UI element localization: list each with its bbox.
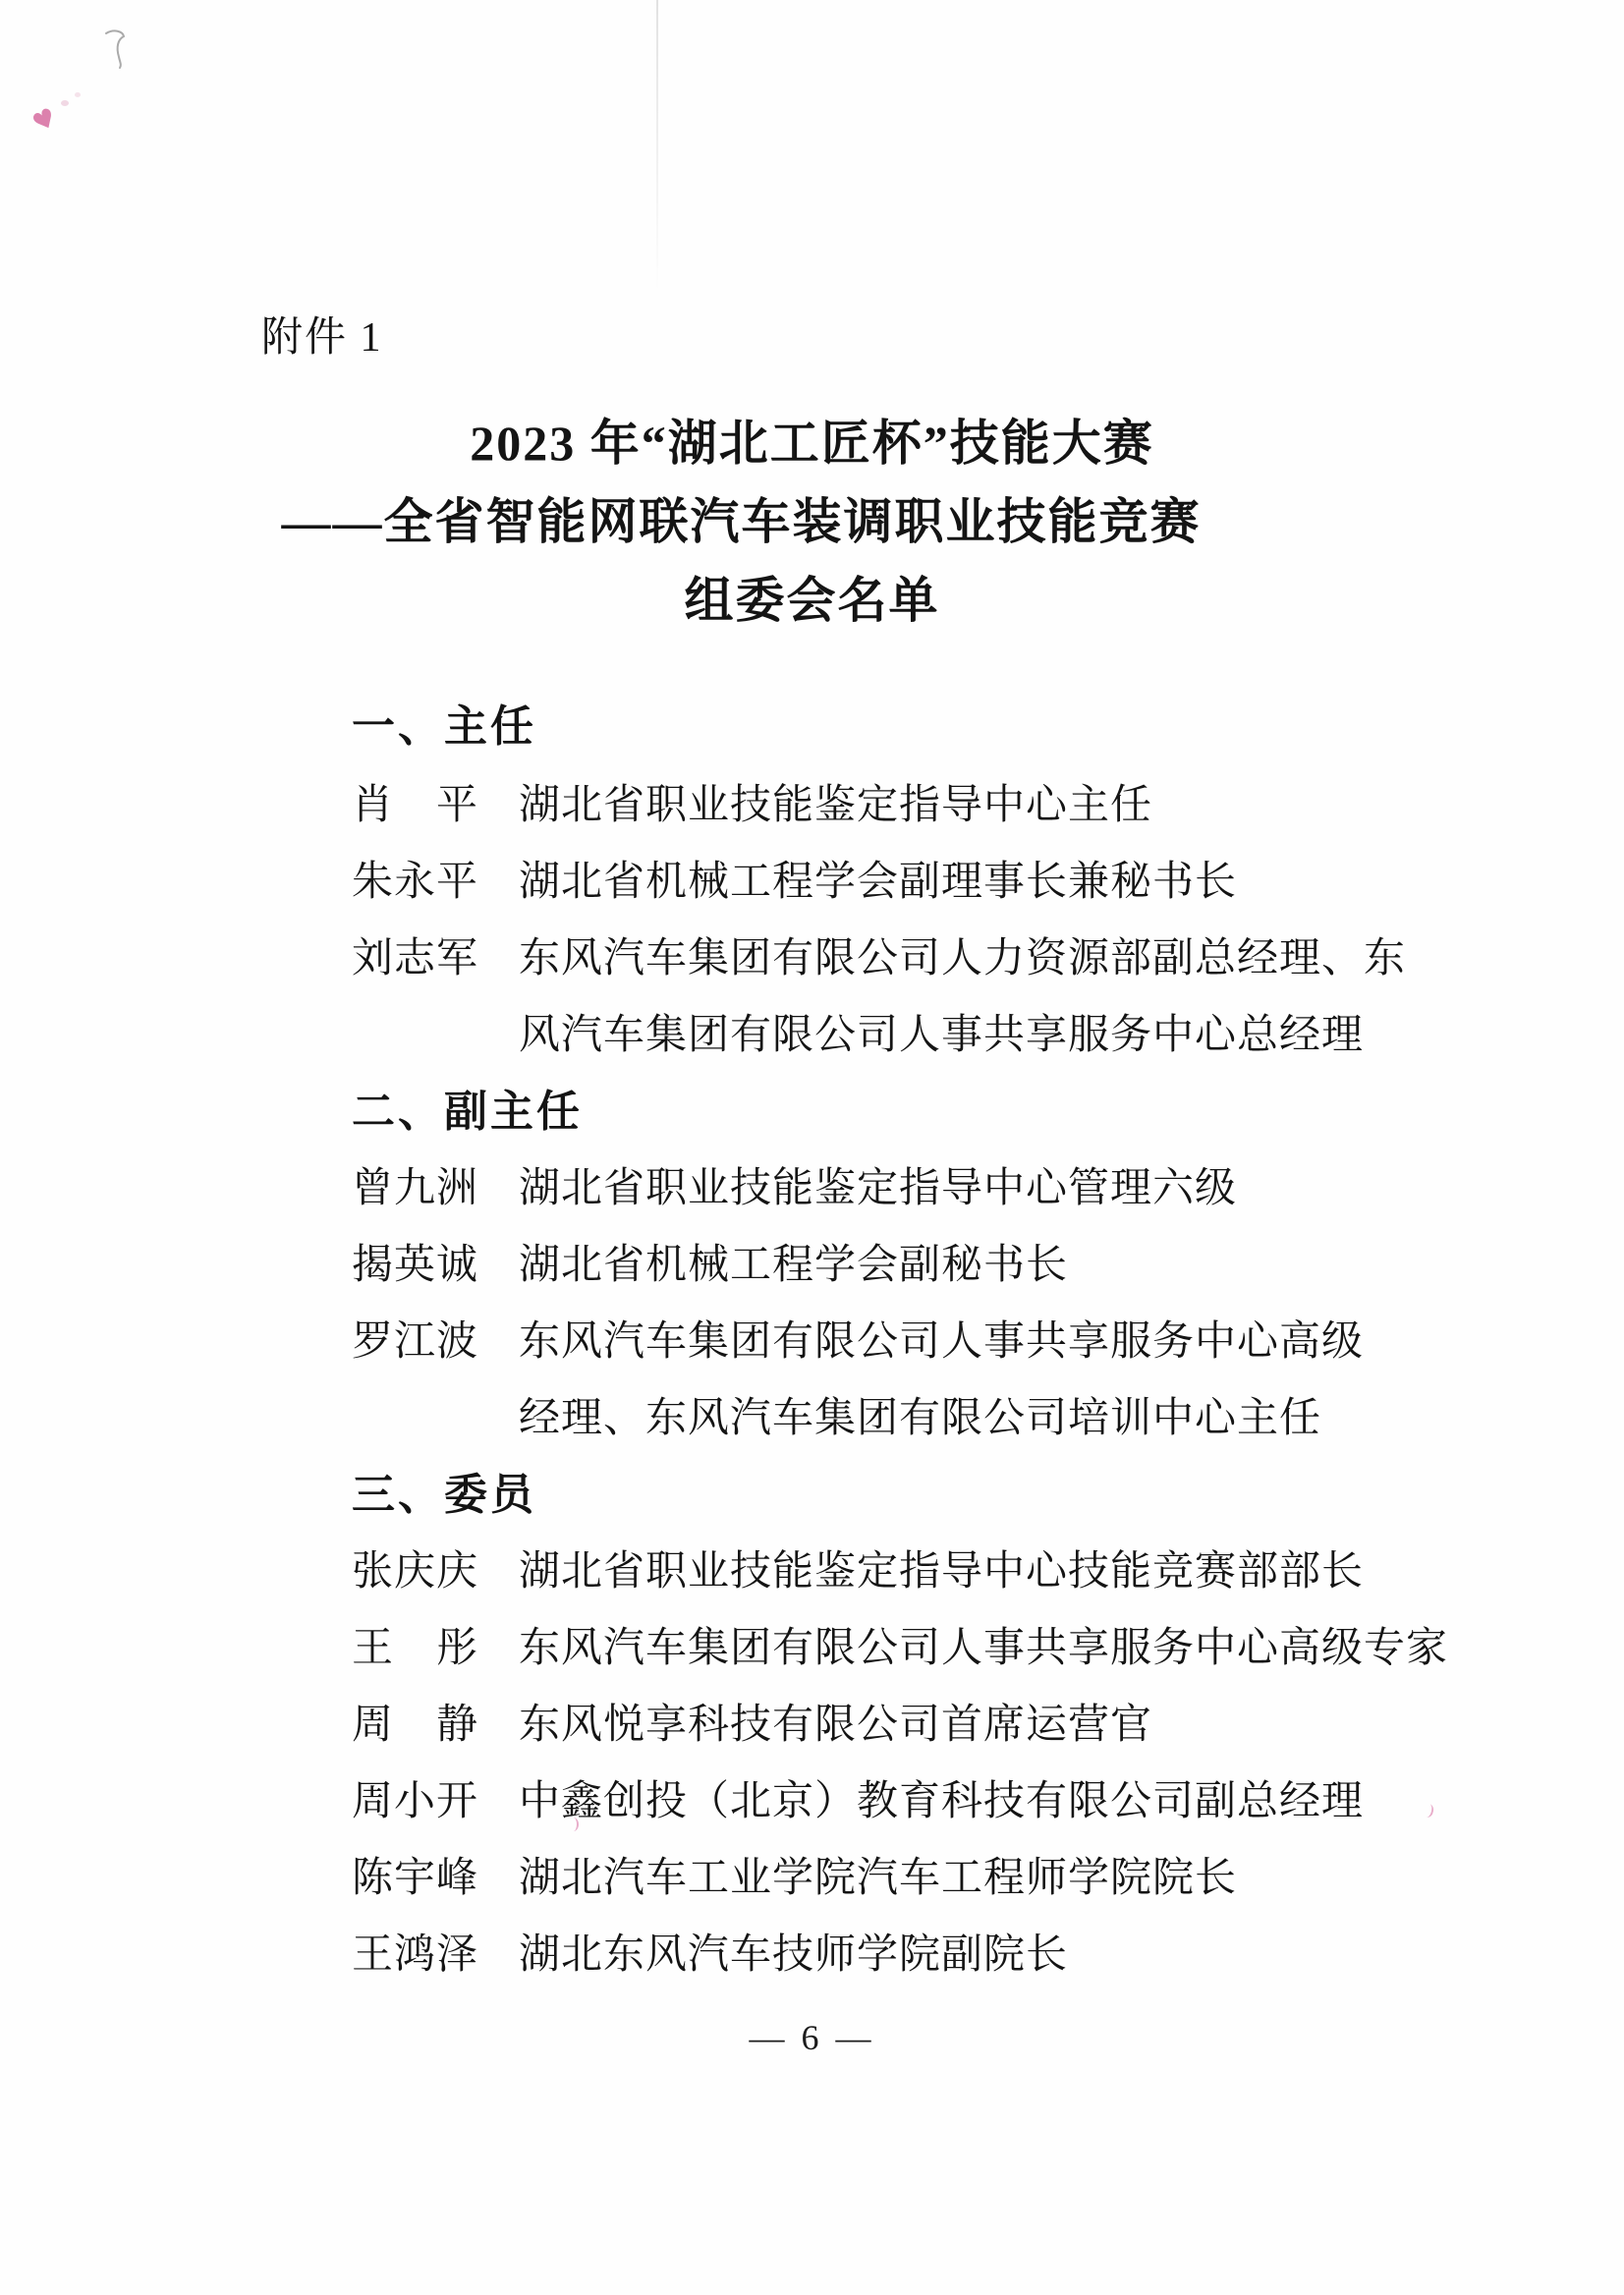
document-title-line-3: 组委会名单 [0,570,1624,631]
member-title: 东风汽车集团有限公司人事共享服务中心高级专家 [519,1622,1448,1675]
scan-artifact-speck [61,100,69,106]
committee-member-row: 王 彤 东风汽车集团有限公司人事共享服务中心高级专家 [352,1622,1448,1675]
page-number: — 6 — [0,2016,1624,2059]
attachment-label: 附件 1 [261,310,383,365]
section-heading-deputy-directors: 二、副主任 [352,1086,583,1139]
scan-artifact-heart: ♥ [28,102,62,139]
member-title: 湖北省机械工程学会副理事长兼秘书长 [519,856,1237,909]
committee-member-row: 陈宇峰 湖北汽车工业学院汽车工程师学院院长 [352,1852,1237,1905]
member-title: 湖北省职业技能鉴定指导中心技能竞赛部部长 [519,1545,1364,1598]
member-name: 曾九洲 [352,1162,519,1215]
member-title-continuation: 经理、东风汽车集团有限公司培训中心主任 [519,1392,1321,1445]
committee-member-row: 刘志军 东风汽车集团有限公司人力资源部副总经理、东 [352,932,1406,985]
scan-artifact-speck [1421,1803,1434,1819]
committee-member-row: 罗江波 东风汽车集团有限公司人事共享服务中心高级 [352,1315,1364,1369]
member-name: 揭英诚 [352,1239,519,1292]
member-name: 陈宇峰 [352,1852,519,1905]
committee-member-row: 周 静 东风悦享科技有限公司首席运营官 [352,1699,1152,1752]
member-name: 周小开 [352,1775,519,1828]
committee-member-row: 周小开 中鑫创投（北京）教育科技有限公司副总经理 [352,1775,1364,1828]
member-name: 王 彤 [352,1622,519,1675]
member-title: 湖北东风汽车技师学院副院长 [519,1929,1068,1982]
member-title: 东风悦享科技有限公司首席运营官 [519,1699,1152,1752]
member-title: 湖北汽车工业学院汽车工程师学院院长 [519,1852,1237,1905]
member-title: 中鑫创投（北京）教育科技有限公司副总经理 [519,1775,1364,1828]
committee-member-row: 揭英诚 湖北省机械工程学会副秘书长 [352,1239,1068,1292]
member-name: 王鸿泽 [352,1929,519,1982]
member-name: 朱永平 [352,856,519,909]
member-title-continuation: 风汽车集团有限公司人事共享服务中心总经理 [519,1009,1364,1062]
member-title: 东风汽车集团有限公司人事共享服务中心高级 [519,1315,1364,1369]
member-title: 湖北省职业技能鉴定指导中心管理六级 [519,1162,1237,1215]
committee-member-row: 张庆庆 湖北省职业技能鉴定指导中心技能竞赛部部长 [352,1545,1364,1598]
member-name: 张庆庆 [352,1545,519,1598]
committee-member-row: 曾九洲 湖北省职业技能鉴定指导中心管理六级 [352,1162,1237,1215]
section-heading-directors: 一、主任 [352,700,536,754]
document-title-line-2: ——全省智能网联汽车装调职业技能竞赛 [0,491,1553,552]
scan-artifact-squiggle [98,28,132,76]
member-title: 湖北省职业技能鉴定指导中心主任 [519,779,1152,832]
scan-fold-line [656,0,658,295]
scan-artifact-speck [75,92,81,97]
member-name: 罗江波 [352,1315,519,1369]
committee-member-row: 王鸿泽 湖北东风汽车技师学院副院长 [352,1929,1068,1982]
member-title: 湖北省机械工程学会副秘书长 [519,1239,1068,1292]
member-name: 刘志军 [352,932,519,985]
committee-member-row: 肖 平 湖北省职业技能鉴定指导中心主任 [352,779,1152,832]
member-name: 肖 平 [352,779,519,832]
section-heading-members: 三、委员 [352,1469,536,1522]
member-name: 周 静 [352,1699,519,1752]
committee-member-row: 朱永平 湖北省机械工程学会副理事长兼秘书长 [352,856,1237,909]
document-page: ♥ 附件 1 2023 年“湖北工匠杯”技能大赛 ——全省智能网联汽车装调职业技… [0,0,1624,2295]
document-title-line-1: 2023 年“湖北工匠杯”技能大赛 [0,413,1624,474]
member-title: 东风汽车集团有限公司人力资源部副总经理、东 [519,932,1406,985]
